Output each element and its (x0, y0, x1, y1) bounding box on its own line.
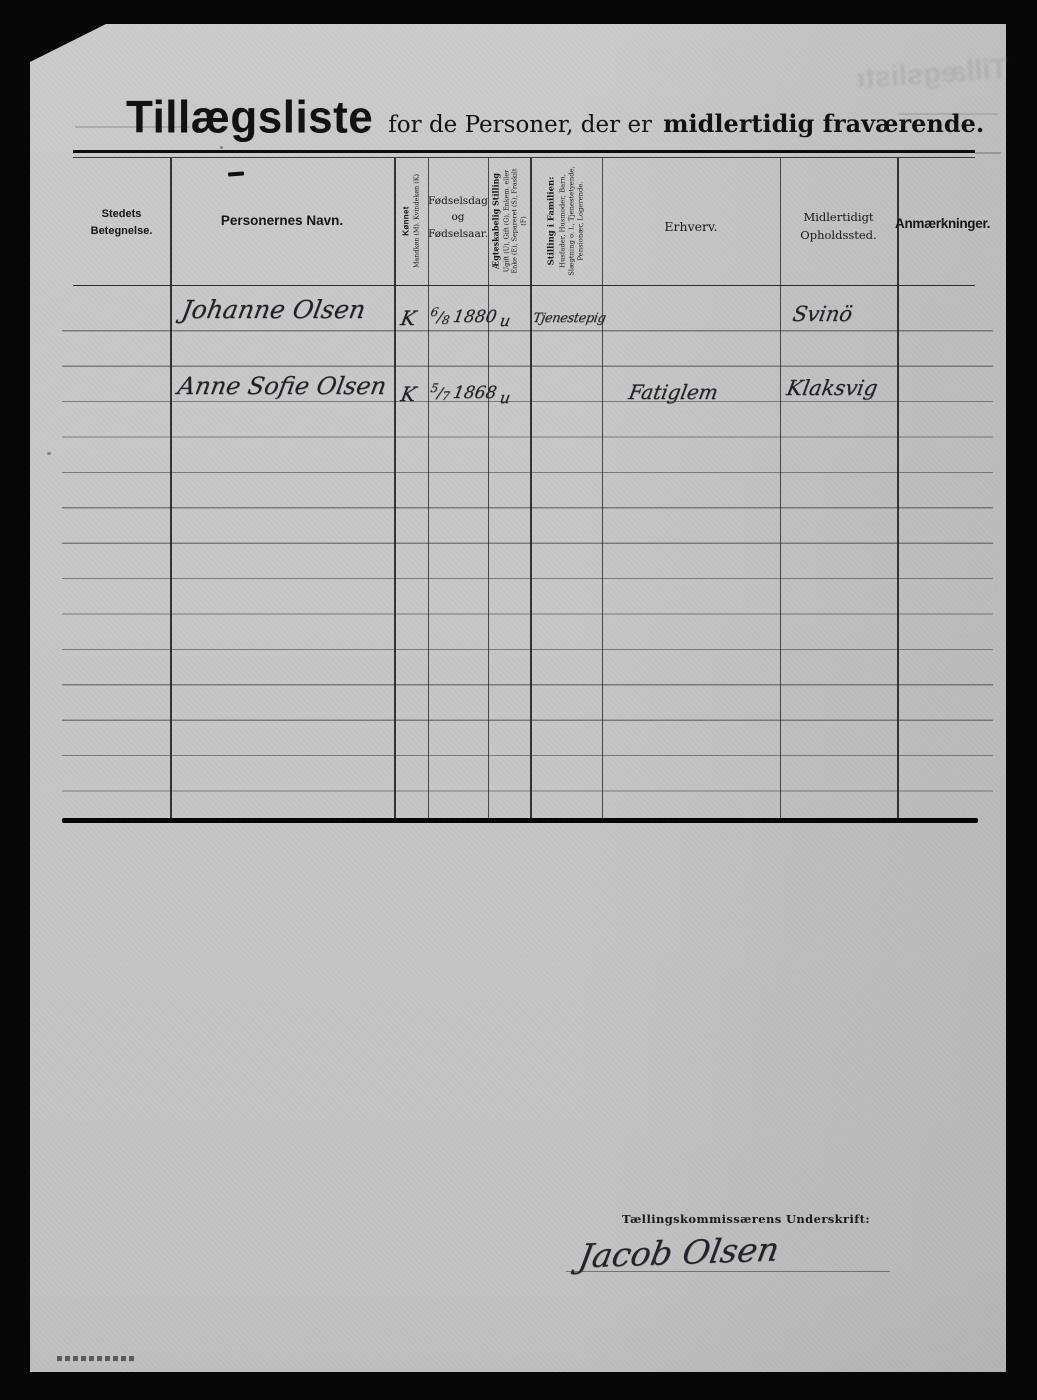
row2-birth-year: 1868 (451, 383, 498, 403)
row1-birth-year: 1880 (451, 307, 498, 327)
title-main: Tillægsliste (126, 92, 373, 144)
column-header-residence-line2: Opholdssted. (780, 226, 897, 244)
column-header-place-line2: Betegnelse. (73, 223, 170, 240)
column-divider (602, 158, 603, 820)
column-header-residence: Midlertidigt Opholdssted. (780, 208, 897, 245)
column-header-birth-line1: Fødselsdag (428, 193, 488, 209)
column-header-marital: Ægteskabelig Stilling Ugift (U), Gift (G… (490, 159, 527, 283)
row2-name: Anne Sofie Olsen (176, 372, 389, 400)
scan-speck (47, 452, 51, 455)
table-top-rule-extension (975, 152, 1001, 154)
column-header-birth: Fødselsdag og Fødselsaar. (428, 193, 488, 242)
column-header-family-title: Stilling i Familien: (546, 177, 556, 266)
column-header-place-line1: Stedets (73, 206, 170, 223)
row2-occupation: Fatiglem (627, 380, 720, 404)
table-top-double-rule (73, 150, 975, 158)
column-header-sex-sub: Mandkøn (M). Kvindekøn (K) (412, 174, 421, 268)
column-header-residence-line1: Midlertidigt (780, 208, 897, 226)
column-header-place: Stedets Betegnelse. (73, 206, 170, 240)
table-bottom-rule (62, 818, 978, 823)
printer-mark (57, 1356, 137, 1361)
column-header-name: Personernes Navn. (170, 213, 394, 228)
column-divider (780, 158, 781, 820)
page-title: Tillægsliste for de Personer, der er mid… (126, 93, 984, 143)
column-header-marital-sub: Ugift (U), Gift (G), Enkem. eller Enke (… (502, 163, 528, 279)
column-header-family-sub: Husfader, Husmoder, Barn, Slægtning o. l… (558, 166, 586, 276)
column-header-birth-line2: og (428, 209, 488, 225)
row1-birth-month: 8 (441, 313, 451, 327)
column-divider (530, 158, 532, 820)
column-divider (488, 158, 489, 820)
column-header-birth-line3: Fødselsaar. (428, 226, 488, 242)
row2-temporary-residence: Klaksvig (785, 376, 880, 400)
scanned-document-page: Tillægsliste Tillægsliste for de Persone… (0, 0, 1037, 1400)
scan-speck (220, 146, 223, 149)
column-divider (394, 158, 396, 820)
faint-scan-line-left (75, 126, 190, 128)
column-header-sex: Kønnet Mandkøn (M). Kvindekøn (K) (401, 159, 420, 283)
row1-name: Johanne Olsen (179, 295, 367, 324)
column-divider (897, 158, 899, 820)
column-header-remarks: Anmærkninger. (895, 216, 977, 231)
row1-family-position: Tjenestepig (532, 311, 607, 326)
row2-birth-month: 7 (441, 389, 451, 403)
table-header-bottom-rule (73, 285, 975, 286)
column-header-marital-title: Ægteskabelig Stilling (490, 173, 500, 269)
column-header-family-position: Stilling i Familien: Husfader, Husmoder,… (546, 159, 585, 283)
table-ruled-lines (62, 296, 993, 792)
row1-birthdate: 6/81880 (428, 305, 498, 327)
column-header-occupation: Erhverv. (602, 219, 780, 234)
census-commissioner-signature: Jacob Olsen (576, 1230, 782, 1276)
column-header-sex-title: Kønnet (401, 206, 410, 235)
title-subtitle-regular: for de Personer, der er (388, 112, 652, 138)
column-divider (428, 158, 429, 820)
column-divider (170, 158, 172, 820)
row2-birthdate: 5/71868 (428, 381, 498, 403)
census-commissioner-signature-label: Tællingskommissærens Underskrift: (622, 1212, 870, 1226)
faint-scan-line-right (898, 113, 998, 115)
row1-temporary-residence: Svinö (791, 302, 854, 326)
